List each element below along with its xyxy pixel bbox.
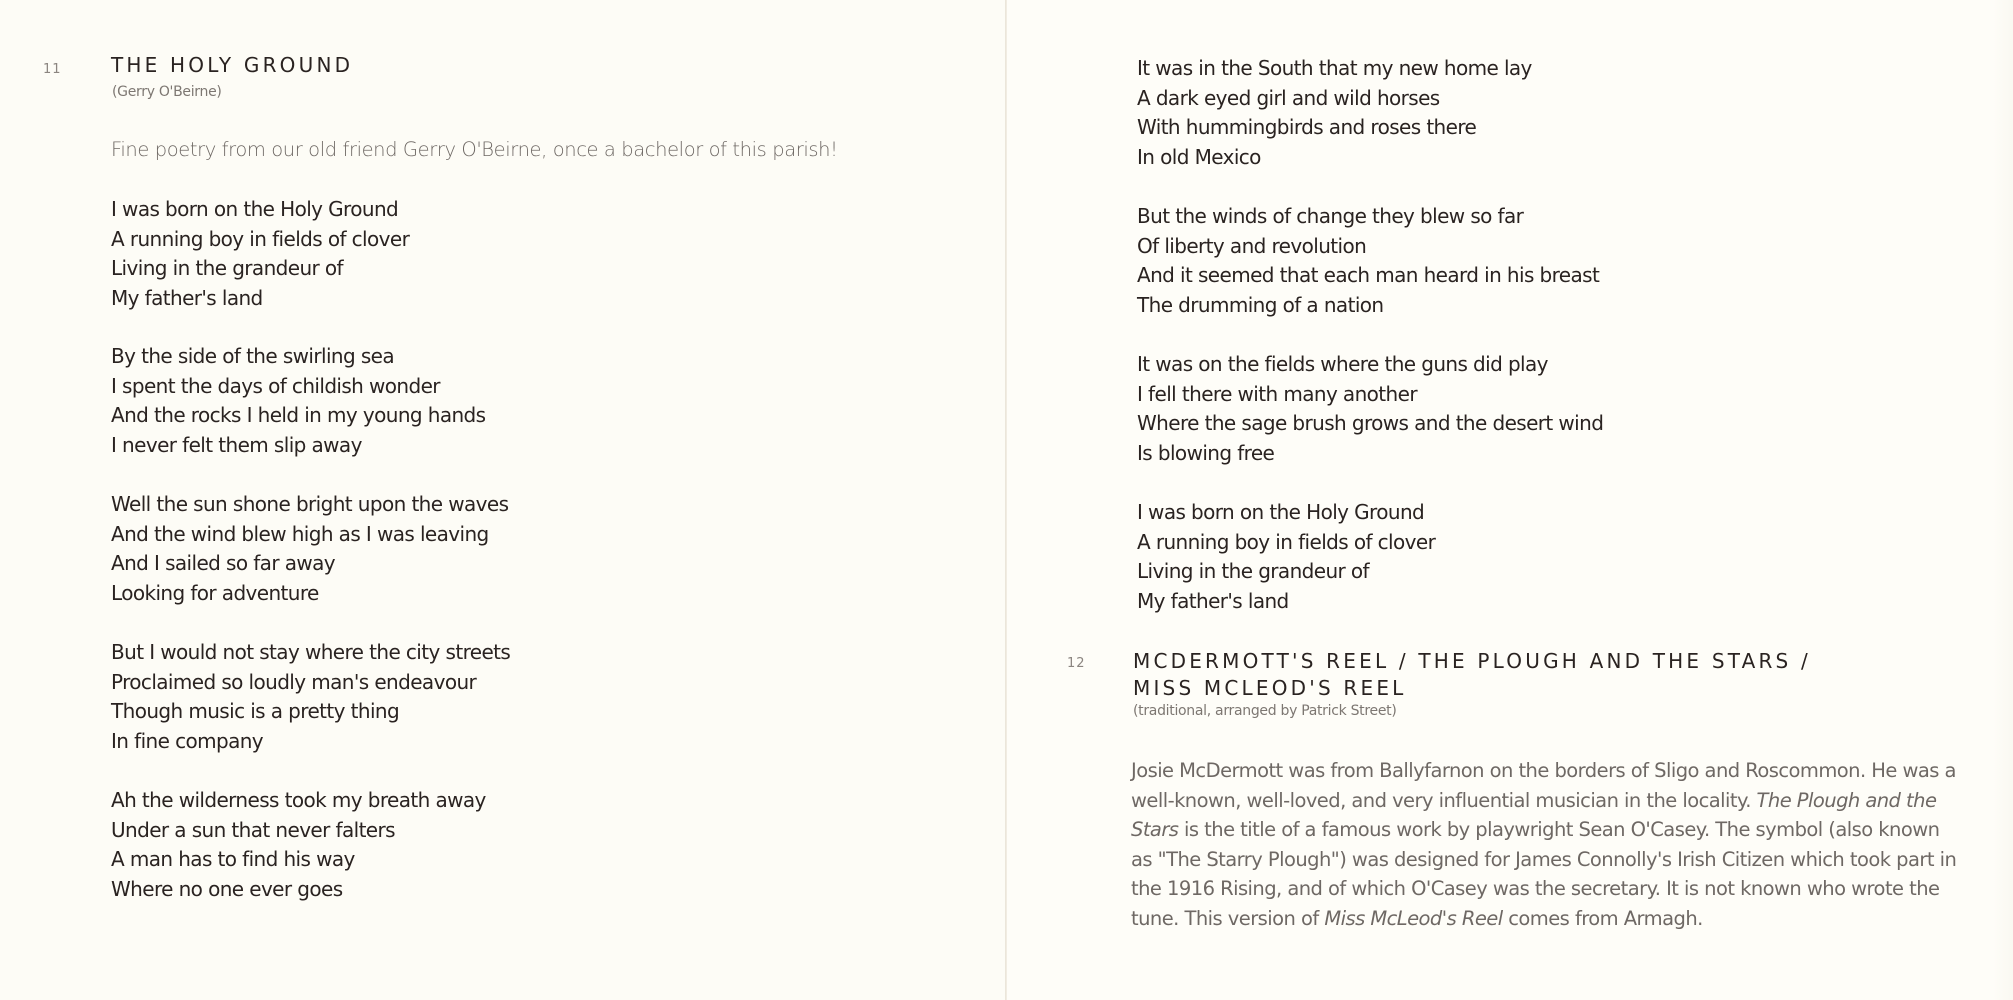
- lyric-line: And the wind blew high as I was leaving: [111, 520, 508, 550]
- lyric-line: In fine company: [111, 727, 510, 757]
- lyric-line: I was born on the Holy Ground: [111, 195, 409, 225]
- track-intro: Fine poetry from our old friend Gerry O'…: [111, 138, 838, 161]
- lyric-line: I never felt them slip away: [111, 431, 485, 461]
- track-title-line: MISS MCLEOD'S REEL: [1133, 675, 1811, 702]
- lyric-line: My father's land: [1137, 587, 1435, 617]
- track-number: 11: [43, 62, 62, 77]
- lyrics-stanza: By the side of the swirling sea I spent …: [111, 342, 485, 460]
- lyric-line: It was on the fields where the guns did …: [1137, 350, 1603, 380]
- page-edge-shadow: [1993, 0, 2013, 1000]
- track-title: MCDERMOTT'S REEL / THE PLOUGH AND THE ST…: [1133, 648, 1811, 702]
- lyric-line: I spent the days of childish wonder: [111, 372, 485, 402]
- lyric-line: I was born on the Holy Ground: [1137, 498, 1435, 528]
- lyric-line: By the side of the swirling sea: [111, 342, 485, 372]
- lyric-line: Though music is a pretty thing: [111, 697, 510, 727]
- lyric-line: Living in the grandeur of: [111, 254, 409, 284]
- lyric-line: And it seemed that each man heard in his…: [1137, 261, 1599, 291]
- lyric-line: Of liberty and revolution: [1137, 232, 1599, 262]
- lyric-line: Living in the grandeur of: [1137, 557, 1435, 587]
- lyric-line: Under a sun that never falters: [111, 816, 486, 846]
- track-notes: Josie McDermott was from Ballyfarnon on …: [1131, 756, 1961, 933]
- lyric-line: And I sailed so far away: [111, 549, 508, 579]
- lyrics-stanza: But I would not stay where the city stre…: [111, 638, 510, 756]
- lyric-line: A running boy in fields of clover: [1137, 528, 1435, 558]
- lyric-line: A running boy in fields of clover: [111, 225, 409, 255]
- lyrics-stanza: I was born on the Holy Ground A running …: [111, 195, 409, 313]
- lyric-line: Looking for adventure: [111, 579, 508, 609]
- lyric-line: Is blowing free: [1137, 439, 1603, 469]
- lyric-line: And the rocks I held in my young hands: [111, 401, 485, 431]
- lyric-line: Where no one ever goes: [111, 875, 486, 905]
- track-number: 12: [1067, 656, 1086, 671]
- track-credit: (Gerry O'Beirne): [112, 84, 222, 100]
- lyric-line: But I would not stay where the city stre…: [111, 638, 510, 668]
- lyric-line: It was in the South that my new home lay: [1137, 54, 1532, 84]
- lyrics-stanza: Ah the wilderness took my breath away Un…: [111, 786, 486, 904]
- lyric-line: Well the sun shone bright upon the waves: [111, 490, 508, 520]
- lyric-line: With hummingbirds and roses there: [1137, 113, 1532, 143]
- left-page: 11 THE HOLY GROUND (Gerry O'Beirne) Fine…: [0, 0, 1006, 1000]
- booklet-fold: [1005, 0, 1007, 1000]
- lyrics-stanza: Well the sun shone bright upon the waves…: [111, 490, 508, 608]
- notes-italic-title: Miss McLeod's Reel: [1324, 907, 1502, 930]
- lyric-line: A dark eyed girl and wild horses: [1137, 84, 1532, 114]
- lyric-line: In old Mexico: [1137, 143, 1532, 173]
- lyrics-stanza: I was born on the Holy Ground A running …: [1137, 498, 1435, 616]
- lyric-line: A man has to find his way: [111, 845, 486, 875]
- lyric-line: Where the sage brush grows and the deser…: [1137, 409, 1603, 439]
- lyrics-stanza: It was on the fields where the guns did …: [1137, 350, 1603, 468]
- right-page: It was in the South that my new home lay…: [1006, 0, 2013, 1000]
- lyric-line: My father's land: [111, 284, 409, 314]
- track-title-line: MCDERMOTT'S REEL / THE PLOUGH AND THE ST…: [1133, 648, 1811, 675]
- lyric-line: But the winds of change they blew so far: [1137, 202, 1599, 232]
- lyrics-stanza: It was in the South that my new home lay…: [1137, 54, 1532, 172]
- lyrics-stanza: But the winds of change they blew so far…: [1137, 202, 1599, 320]
- lyric-line: I fell there with many another: [1137, 380, 1603, 410]
- lyric-line: Proclaimed so loudly man's endeavour: [111, 668, 510, 698]
- track-credit: (traditional, arranged by Patrick Street…: [1133, 703, 1397, 719]
- track-title: THE HOLY GROUND: [111, 52, 353, 79]
- lyric-line: Ah the wilderness took my breath away: [111, 786, 486, 816]
- lyric-line: The drumming of a nation: [1137, 291, 1599, 321]
- notes-text: comes from Armagh.: [1503, 907, 1703, 930]
